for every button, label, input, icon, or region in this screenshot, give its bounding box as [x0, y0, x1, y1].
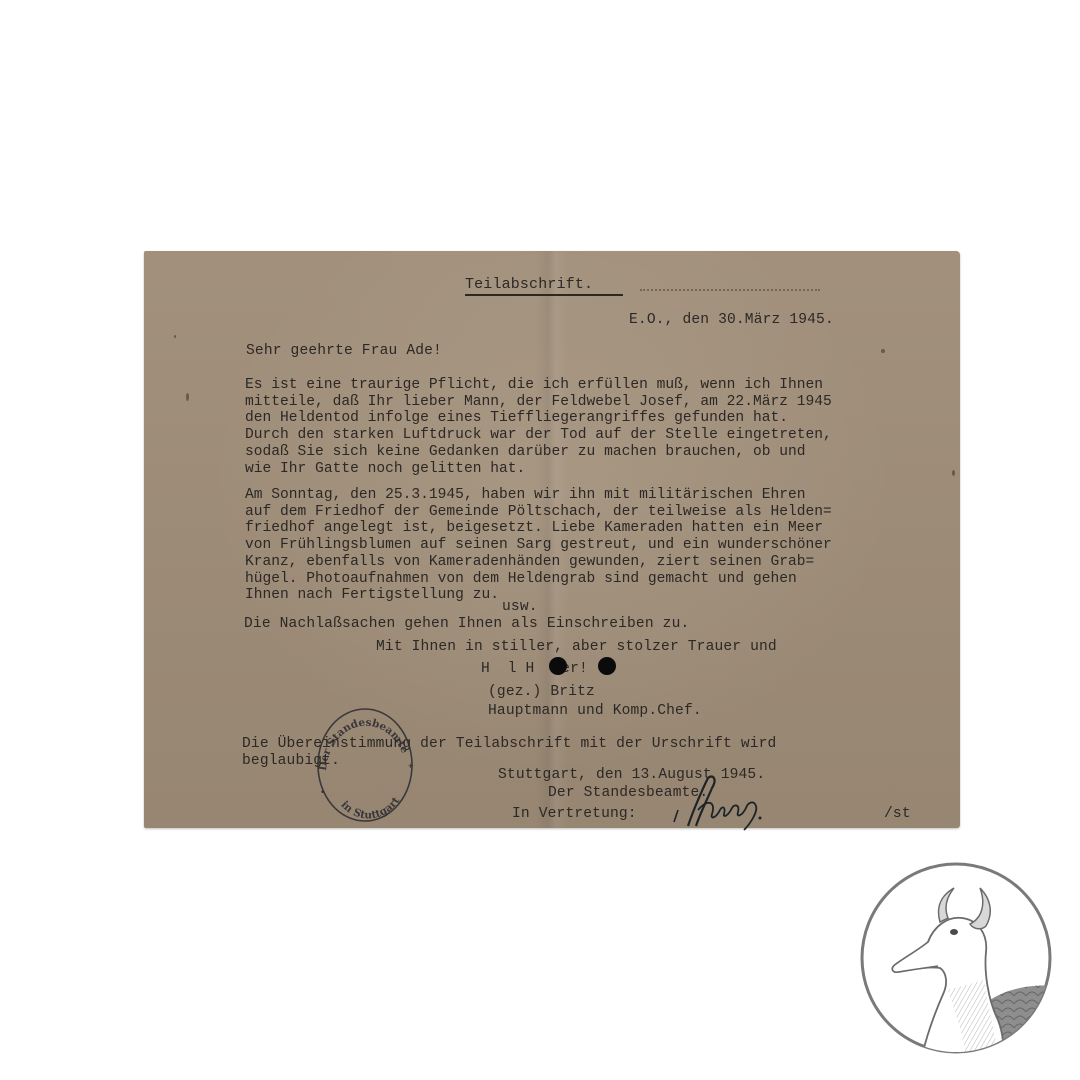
closing-line-1: Mit Ihnen in stiller, aber stolzer Traue…: [376, 639, 777, 655]
paragraph-line: Kranz, ebenfalls von Kameradenhänden gew…: [245, 554, 832, 571]
paragraph-line: mitteile, daß Ihr lieber Mann, der Feldw…: [245, 394, 832, 411]
closing-line-2: H l H ler!: [481, 661, 588, 677]
paragraph-line: Ihnen nach Fertigstellung zu.: [245, 587, 832, 604]
paragraph-line: den Heldentod infolge eines Tieffliegera…: [245, 410, 832, 427]
paragraph-2: Am Sonntag, den 25.3.1945, haben wir ihn…: [245, 487, 832, 604]
paragraph-line: auf dem Friedhof der Gemeinde Pöltschach…: [245, 504, 832, 521]
estate-note: Die Nachlaßsachen gehen Ihnen als Einsch…: [244, 616, 689, 632]
document-title: Teilabschrift.: [465, 277, 593, 293]
title-dotted-rule: [640, 289, 820, 291]
paragraph-1: Es ist eine traurige Pflicht, die ich er…: [245, 377, 832, 477]
paragraph-line: Es ist eine traurige Pflicht, die ich er…: [245, 377, 832, 394]
signed-name: (gez.) Britz: [488, 684, 595, 700]
paragraph-line: Am Sonntag, den 25.3.1945, haben wir ihn…: [245, 487, 832, 504]
paper-speck: [881, 349, 885, 353]
brand-logo-duck-icon: [858, 860, 1054, 1056]
paragraph-line: wie Ihr Gatte noch gelitten hat.: [245, 461, 832, 478]
handwritten-signature: [660, 772, 780, 832]
censor-dot: [598, 657, 616, 675]
paragraph-line: sodaß Sie sich keine Gedanken darüber zu…: [245, 444, 832, 461]
svg-text:•: •: [320, 788, 325, 798]
paper-speck: [952, 470, 955, 476]
paragraph-line: Durch den starken Luftdruck war der Tod …: [245, 427, 832, 444]
title-underline: [465, 294, 623, 296]
censor-dot: [549, 657, 567, 675]
usw-note: usw.: [502, 599, 538, 615]
paper-speck: [174, 335, 176, 338]
signed-rank: Hauptmann und Komp.Chef.: [488, 703, 702, 719]
svg-text:+: +: [408, 762, 413, 772]
typist-initials: /st: [884, 806, 911, 822]
letter-dateline: E.O., den 30.März 1945.: [629, 312, 834, 328]
paragraph-line: hügel. Photoaufnahmen von dem Heldengrab…: [245, 571, 832, 588]
official-stamp-icon: Der Standesbeamte in Stuttgart + •: [312, 703, 418, 823]
paper-speck: [186, 393, 189, 401]
paragraph-line: von Frühlingsblumen auf seinen Sarg gest…: [245, 537, 832, 554]
on-behalf-label: In Vertretung:: [512, 806, 637, 822]
salutation: Sehr geehrte Frau Ade!: [246, 343, 442, 359]
paragraph-line: friedhof angelegt ist, beigesetzt. Liebe…: [245, 520, 832, 537]
